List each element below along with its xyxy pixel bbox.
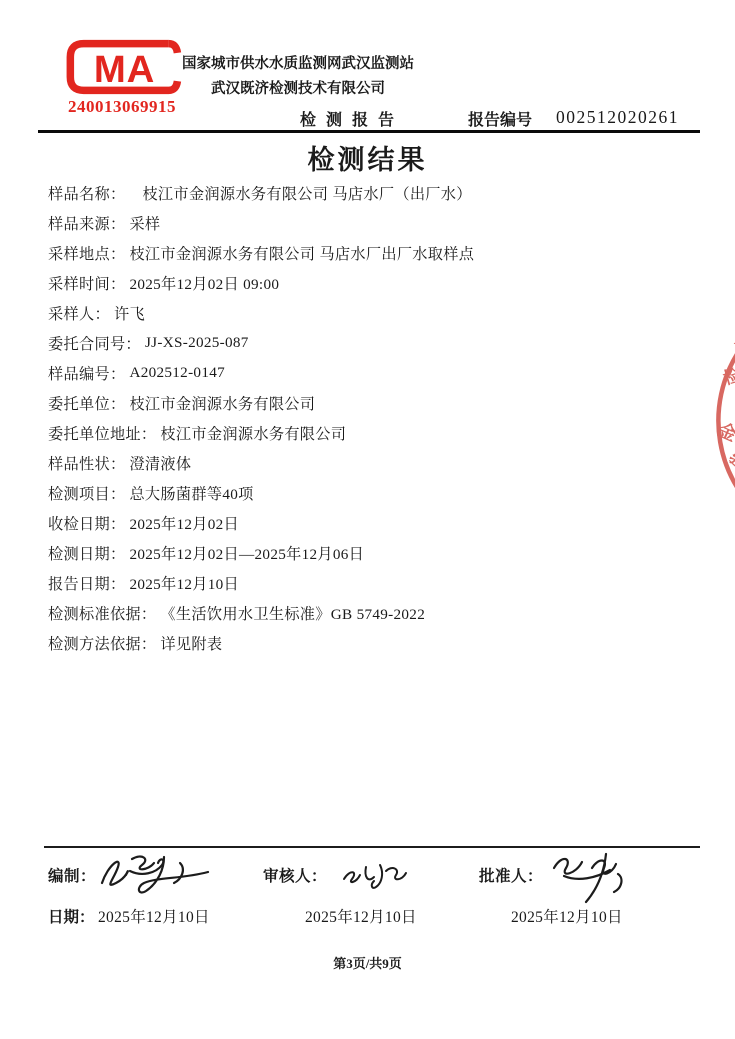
field-value: 枝江市金润源水务有限公司 马店水厂（出厂水） (142, 183, 471, 204)
page-title: 检测结果 (0, 138, 735, 177)
field-row: 采样地点： 枝江市金润源水务有限公司 马店水厂出厂水取样点 (48, 238, 688, 268)
field-label: 采样地点： (48, 243, 125, 264)
prepared-date: 2025年12月10日 (98, 905, 210, 927)
field-label: 收检日期： (48, 513, 125, 534)
field-label: 委托合同号： (48, 333, 141, 354)
report-type-label: 检 测 报 告 (300, 107, 397, 130)
field-row: 样品名称： 枝江市金润源水务有限公司 马店水厂（出厂水） (48, 178, 688, 208)
field-value: JJ-XS-2025-087 (145, 334, 249, 352)
field-label: 检测方法依据： (48, 633, 156, 654)
field-row: 样品性状： 澄清液体 (48, 448, 688, 478)
field-value: 总大肠菌群等40项 (129, 483, 253, 504)
field-row: 收检日期： 2025年12月02日 (48, 508, 688, 538)
field-label: 检测项目： (48, 483, 125, 504)
approved-by-label: 批准人： (479, 864, 543, 886)
field-row: 样品编号： A202512-0147 (48, 358, 688, 388)
field-row: 检测项目： 总大肠菌群等40项 (48, 478, 688, 508)
field-label: 样品名称： (48, 183, 125, 204)
field-label: 样品编号： (48, 363, 125, 384)
field-label: 样品性状： (48, 453, 125, 474)
field-label: 委托单位： (48, 393, 125, 414)
org-names: 国家城市供水水质监测网武汉监测站 武汉既济检测技术有限公司 (148, 52, 448, 102)
header-divider (38, 130, 700, 133)
field-row: 采样时间： 2025年12月02日 09:00 (48, 268, 688, 298)
report-number-label: 报告编号 (468, 107, 532, 130)
field-value: 2025年12月02日 09:00 (129, 273, 279, 294)
reviewed-date: 2025年12月10日 (305, 905, 417, 927)
field-row: 检测标准依据： 《生活饮用水卫生标准》GB 5749-2022 (48, 598, 688, 628)
prepared-by-label: 编制： (48, 864, 96, 886)
field-value: 2025年12月02日 (129, 513, 239, 534)
field-value: 澄清液体 (129, 453, 191, 474)
field-value: 详见附表 (160, 633, 222, 654)
org-line-1: 国家城市供水水质监测网武汉监测站 (148, 52, 448, 77)
field-row: 采样人： 许飞 (48, 298, 688, 328)
org-line-2: 武汉既济检测技术有限公司 (148, 77, 448, 102)
field-label: 检测日期： (48, 543, 125, 564)
field-row: 样品来源： 采样 (48, 208, 688, 238)
field-value: 许飞 (114, 303, 145, 324)
page-number: 第3页/共9页 (0, 953, 735, 972)
report-id-line: 检 测 报 告 报告编号 002512020261 (0, 107, 735, 129)
field-value: 2025年12月10日 (129, 573, 239, 594)
field-value: A202512-0147 (129, 364, 225, 382)
field-row: 委托单位地址： 枝江市金润源水务有限公司 (48, 418, 688, 448)
field-label: 采样人： (48, 303, 110, 324)
field-value: 枝江市金润源水务有限公司 (129, 393, 315, 414)
prepared-signature (92, 847, 217, 899)
sample-info-list: 样品名称： 枝江市金润源水务有限公司 马店水厂（出厂水） 样品来源： 采样 采样… (48, 178, 688, 658)
field-label: 检测标准依据： (48, 603, 156, 624)
field-row: 委托合同号： JJ-XS-2025-087 (48, 328, 688, 358)
approved-signature (540, 848, 638, 906)
report-number-value: 002512020261 (556, 107, 679, 128)
field-value: 2025年12月02日—2025年12月06日 (129, 543, 364, 564)
field-value: 《生活饮用水卫生标准》GB 5749-2022 (160, 603, 425, 624)
reviewed-by-label: 审核人： (263, 864, 327, 886)
approved-date: 2025年12月10日 (511, 905, 623, 927)
field-row: 委托单位： 枝江市金润源水务有限公司 (48, 388, 688, 418)
reviewed-signature (336, 857, 416, 895)
field-row: 检测日期： 2025年12月02日—2025年12月06日 (48, 538, 688, 568)
field-label: 样品来源： (48, 213, 125, 234)
field-value: 枝江市金润源水务有限公司 (160, 423, 346, 444)
field-value: 枝江市金润源水务有限公司 马店水厂出厂水取样点 (129, 243, 474, 264)
field-label: 报告日期： (48, 573, 125, 594)
stamp-seal: 济 检 金 验 (695, 322, 735, 522)
date-label: 日期： (48, 905, 95, 927)
report-page: MA 240013069915 国家城市供水水质监测网武汉监测站 武汉既济检测技… (0, 0, 735, 1039)
cma-logo-text: MA (94, 48, 155, 91)
field-label: 委托单位地址： (48, 423, 156, 444)
field-row: 报告日期： 2025年12月10日 (48, 568, 688, 598)
field-row: 检测方法依据： 详见附表 (48, 628, 688, 658)
field-value: 采样 (129, 213, 160, 234)
field-label: 采样时间： (48, 273, 125, 294)
